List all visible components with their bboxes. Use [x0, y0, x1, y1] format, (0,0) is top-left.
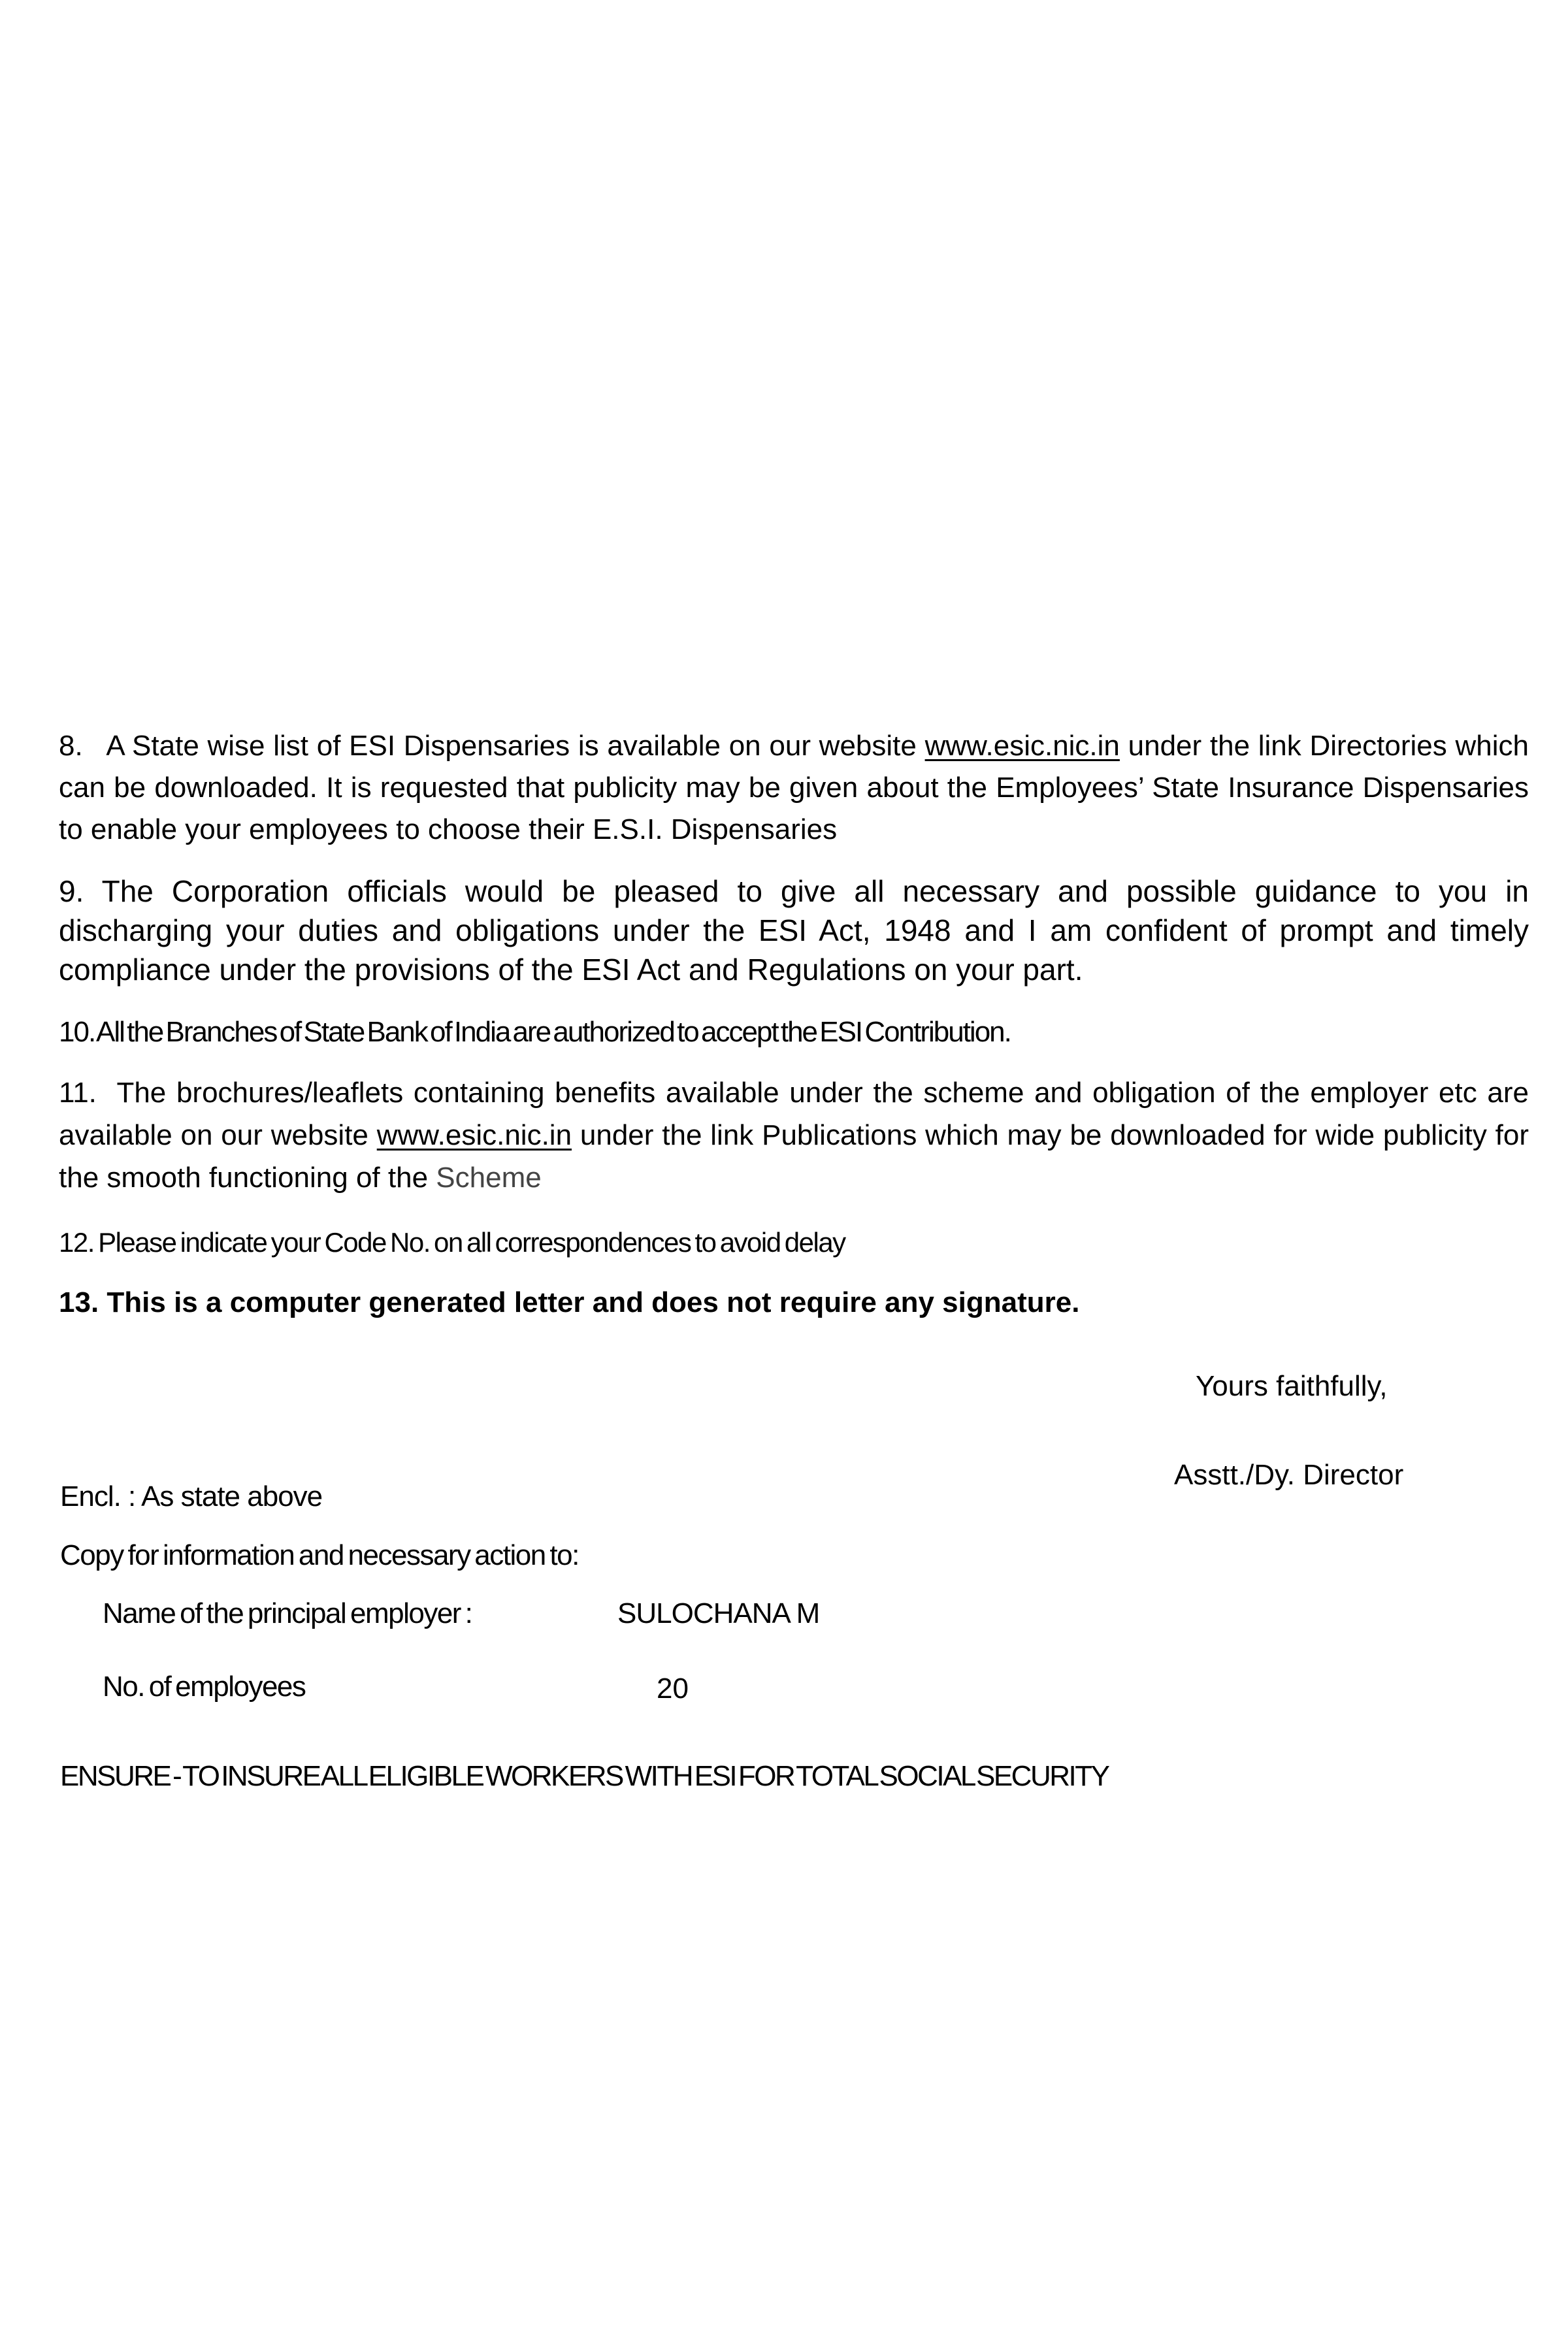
paragraph-11: 11. The brochures/leaflets containing be… — [59, 1071, 1529, 1199]
website-link[interactable]: www.esic.nic.in — [377, 1119, 572, 1151]
paragraph-text: Please indicate your Code No. on all cor… — [98, 1227, 845, 1258]
paragraph-number: 9. — [59, 874, 84, 908]
paragraph-number: 12. — [59, 1227, 94, 1258]
website-link[interactable]: www.esic.nic.in — [925, 730, 1120, 762]
copy-to-heading: Copy for information and necessary actio… — [60, 1539, 579, 1572]
employees-count: 20 — [657, 1673, 689, 1705]
paragraph-text: The Corporation officials would be pleas… — [59, 874, 1529, 987]
paragraph-text: A State wise list of ESI Dispensaries is… — [106, 730, 916, 762]
signatory-designation: Asstt./Dy. Director — [1174, 1459, 1403, 1492]
paragraph-number: 10. — [59, 1016, 95, 1048]
closing-salutation: Yours faithfully, — [1196, 1370, 1388, 1403]
paragraph-8: 8. A State wise list of ESI Dispensaries… — [59, 725, 1529, 851]
letter-page: 8. A State wise list of ESI Dispensaries… — [0, 0, 1568, 2352]
paragraph-number: 8. — [59, 730, 83, 762]
paragraph-10: 10. All the Branches of State Bank of In… — [59, 1011, 1529, 1053]
slogan: ENSURE - TO INSURE ALL ELIGIBLE WORKERS … — [60, 1760, 1108, 1793]
employer-name: SULOCHANA M — [617, 1597, 819, 1630]
enclosure-note: Encl. : As state above — [60, 1480, 322, 1513]
paragraph-text: This is a computer generated letter and … — [106, 1286, 1079, 1318]
employees-label: No. of employees — [103, 1671, 305, 1703]
paragraph-trailing-word: Scheme — [436, 1162, 541, 1194]
paragraph-number: 11. — [59, 1077, 97, 1109]
employer-label: Name of the principal employer : — [103, 1597, 472, 1630]
paragraph-12: 12. Please indicate your Code No. on all… — [59, 1222, 1529, 1264]
paragraph-number: 13. — [59, 1286, 99, 1318]
paragraph-9: 9. The Corporation officials would be pl… — [59, 872, 1529, 989]
paragraph-13: 13. This is a computer generated letter … — [59, 1282, 1529, 1324]
paragraph-text: All the Branches of State Bank of India … — [96, 1016, 1011, 1048]
